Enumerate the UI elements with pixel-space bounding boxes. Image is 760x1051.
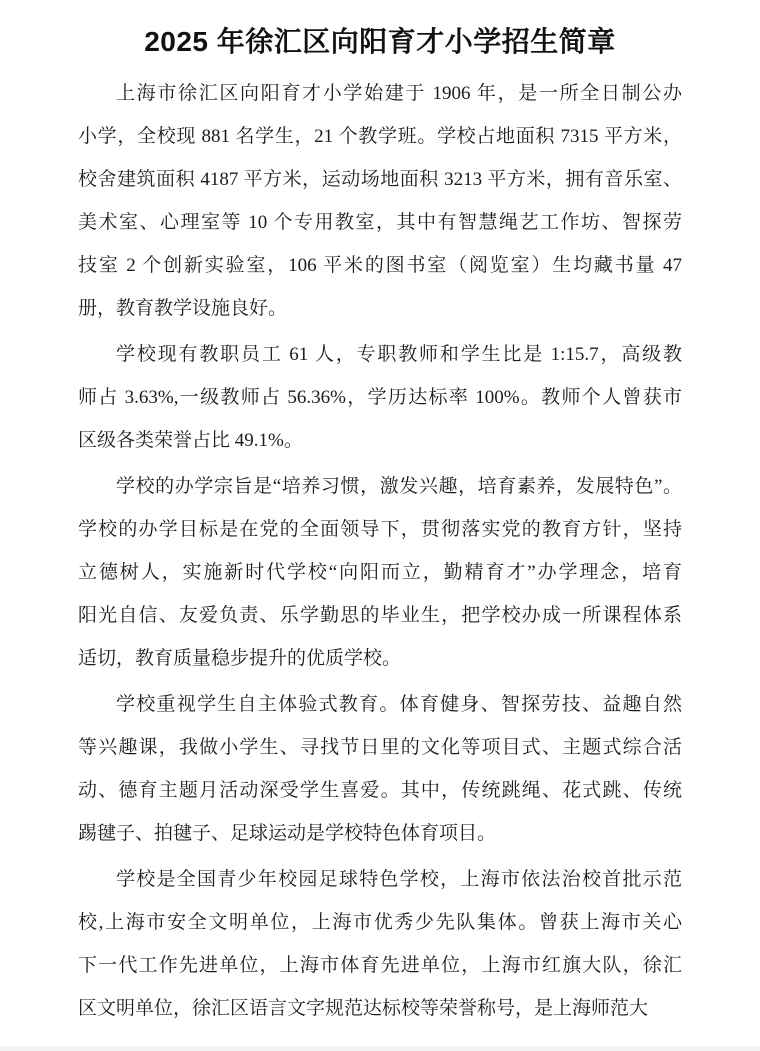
paragraph: 上海市徐汇区向阳育才小学始建于 1906 年，是一所全日制公办小学，全校现 88… — [78, 72, 682, 330]
document-body: 上海市徐汇区向阳育才小学始建于 1906 年，是一所全日制公办小学，全校现 88… — [78, 72, 682, 1030]
text-line: 适切，教育质量稳步提升的优质学校。 — [78, 637, 682, 680]
paragraph: 学校是全国青少年校园足球特色学校，上海市依法治校首批示范校,上海市安全文明单位，… — [78, 858, 682, 1030]
text-line: 立德树人，实施新时代学校“向阳而立，勤精育才”办学理念，培育 — [78, 551, 682, 594]
paragraph: 学校现有教职员工 61 人，专职教师和学生比是 1:15.7，高级教师占 3.6… — [78, 333, 682, 462]
text-line: 师占 3.63%,一级教师占 56.36%，学历达标率 100%。教师个人曾获市 — [78, 376, 682, 419]
text-line: 美术室、心理室等 10 个专用教室，其中有智慧绳艺工作坊、智探劳 — [78, 201, 682, 244]
text-line: 学校现有教职员工 61 人，专职教师和学生比是 1:15.7，高级教 — [78, 333, 682, 376]
text-line: 动、德育主题月活动深受学生喜爱。其中，传统跳绳、花式跳、传统 — [78, 769, 682, 812]
text-line: 学校重视学生自主体验式教育。体育健身、智探劳技、益趣自然 — [78, 683, 682, 726]
text-line: 下一代工作先进单位，上海市体育先进单位，上海市红旗大队，徐汇 — [78, 944, 682, 987]
text-line: 校舍建筑面积 4187 平方米，运动场地面积 3213 平方米，拥有音乐室、 — [78, 158, 682, 201]
text-line: 区文明单位，徐汇区语言文字规范达标校等荣誉称号，是上海师范大 — [78, 987, 682, 1030]
paragraph: 学校重视学生自主体验式教育。体育健身、智探劳技、益趣自然等兴趣课，我做小学生、寻… — [78, 683, 682, 855]
text-line: 上海市徐汇区向阳育才小学始建于 1906 年，是一所全日制公办 — [78, 72, 682, 115]
text-line: 学校的办学宗旨是“培养习惯，激发兴趣，培育素养，发展特色”。 — [78, 465, 682, 508]
text-line: 校,上海市安全文明单位，上海市优秀少先队集体。曾获上海市关心 — [78, 901, 682, 944]
document-title: 2025 年徐汇区向阳育才小学招生简章 — [0, 0, 760, 63]
text-line: 区级各类荣誉占比 49.1%。 — [78, 419, 682, 462]
text-line: 踢毽子、拍毽子、足球运动是学校特色体育项目。 — [78, 812, 682, 855]
text-line: 学校的办学目标是在党的全面领导下，贯彻落实党的教育方针，坚持 — [78, 508, 682, 551]
text-line: 册，教育教学设施良好。 — [78, 287, 682, 330]
text-line: 等兴趣课，我做小学生、寻找节日里的文化等项目式、主题式综合活 — [78, 726, 682, 769]
text-line: 学校是全国青少年校园足球特色学校，上海市依法治校首批示范 — [78, 858, 682, 901]
paragraph: 学校的办学宗旨是“培养习惯，激发兴趣，培育素养，发展特色”。学校的办学目标是在党… — [78, 465, 682, 680]
text-line: 技室 2 个创新实验室，106 平米的图书室（阅览室）生均藏书量 47 — [78, 244, 682, 287]
text-line: 小学，全校现 881 名学生，21 个教学班。学校占地面积 7315 平方米， — [78, 115, 682, 158]
text-line: 阳光自信、友爱负责、乐学勤思的毕业生，把学校办成一所课程体系 — [78, 594, 682, 637]
page-bottom-edge — [0, 1046, 760, 1051]
document-page: 2025 年徐汇区向阳育才小学招生简章 上海市徐汇区向阳育才小学始建于 1906… — [0, 0, 760, 1051]
